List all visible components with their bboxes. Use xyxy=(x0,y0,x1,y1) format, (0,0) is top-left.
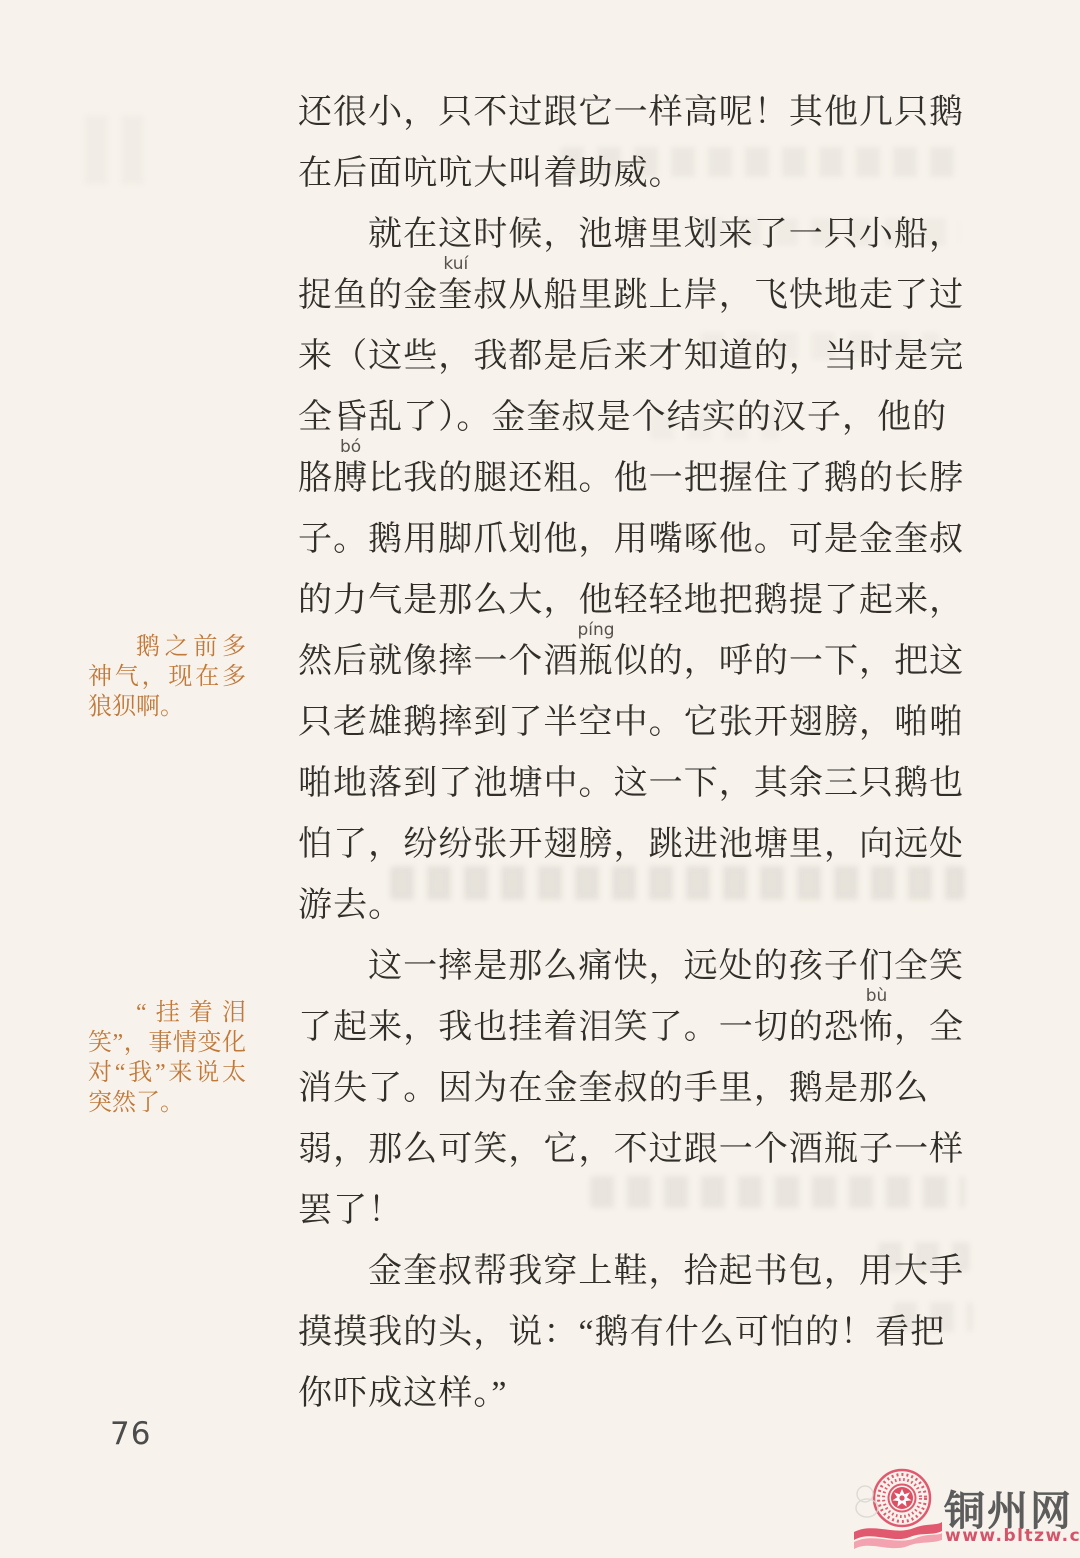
text-line: 还很小，只不过跟它一样高呢！其他几只鹅 xyxy=(298,82,970,143)
text-line: 罢了！ xyxy=(298,1180,970,1241)
text-line: 摸摸我的头，说：“鹅有什么可怕的！看把 xyxy=(298,1302,970,1363)
margin-note-tears-smile: “挂着泪笑”，事情变化对“我”来说太突然了。 xyxy=(88,998,246,1118)
pinyin-label: bó xyxy=(340,439,361,456)
pinyin-annotated-char: bù怖 xyxy=(859,1009,894,1046)
text-line: 子。鹅用脚爪划他，用嘴啄他。可是金奎叔 xyxy=(298,509,970,570)
text-line: 怕了，纷纷张开翅膀，跳进池塘里，向远处 xyxy=(298,814,970,875)
text-line: 弱，那么可笑，它，不过跟一个酒瓶子一样 xyxy=(298,1119,970,1180)
text-line: 在后面吭吭大叫着助威。 xyxy=(298,143,970,204)
pinyin-label: píng xyxy=(577,622,614,639)
text-line: 啪地落到了池塘中。这一下，其余三只鹅也 xyxy=(298,753,970,814)
article-text: 还很小，只不过跟它一样高呢！其他几只鹅在后面吭吭大叫着助威。就在这时候，池塘里划… xyxy=(298,82,970,1424)
pinyin-annotated-char: bó膊 xyxy=(333,460,368,497)
page-number: 76 xyxy=(110,1416,151,1452)
pinyin-annotated-char: kuí奎 xyxy=(438,277,473,314)
text-line: 然后就像摔一个酒píng瓶似的，呼的一下，把这 xyxy=(298,631,970,692)
text-line: 游去。 xyxy=(298,875,970,936)
text-line: 胳bó膊比我的腿还粗。他一把握住了鹅的长脖 xyxy=(298,448,970,509)
pinyin-label: kuí xyxy=(443,256,468,273)
text-line: 全昏乱了）。金奎叔是个结实的汉子，他的 xyxy=(298,387,970,448)
text-line: 了起来，我也挂着泪笑了。一切的恐bù怖，全 xyxy=(298,997,970,1058)
text-line: 捉鱼的金kuí奎叔从船里跳上岸，飞快地走了过 xyxy=(298,265,970,326)
site-logo-icon xyxy=(852,1458,944,1553)
text-line: 就在这时候，池塘里划来了一只小船， xyxy=(298,204,970,265)
textbook-page: 鹅之前多神气，现在多狼狈啊。 “挂着泪笑”，事情变化对“我”来说太突然了。 还很… xyxy=(0,0,1080,1558)
text-line: 来（这些，我都是后来才知道的，当时是完 xyxy=(298,326,970,387)
text-line: 金奎叔帮我穿上鞋，拾起书包，用大手 xyxy=(298,1241,970,1302)
text-line: 只老雄鹅摔到了半空中。它张开翅膀，啪啪 xyxy=(298,692,970,753)
text-line: 的力气是那么大，他轻轻地把鹅提了起来， xyxy=(298,570,970,631)
text-line: 消失了。因为在金奎叔的手里，鹅是那么 xyxy=(298,1058,970,1119)
site-url: www.bltzw.com xyxy=(945,1526,1080,1546)
text-line: 你吓成这样。” xyxy=(298,1363,970,1424)
site-watermark: 铜州网 www.bltzw.com xyxy=(852,1458,1080,1553)
pinyin-label: bù xyxy=(866,988,888,1005)
pinyin-annotated-char: píng瓶 xyxy=(579,643,614,680)
margin-note-goose-embarrassed: 鹅之前多神气，现在多狼狈啊。 xyxy=(88,632,246,722)
bleedthrough-mark xyxy=(84,115,144,185)
